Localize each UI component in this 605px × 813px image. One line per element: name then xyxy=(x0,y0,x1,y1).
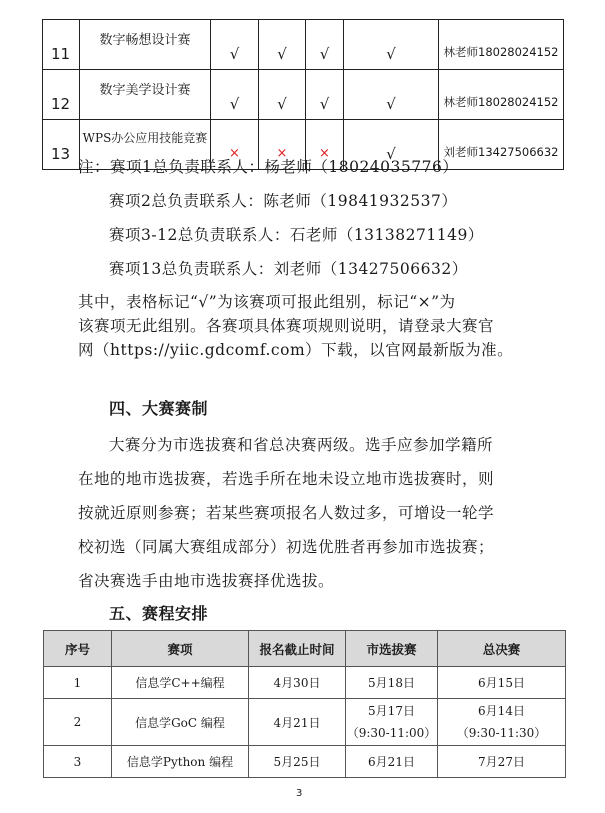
table-row: 3 信息学Python 编程 5月25日 6月21日 7月27日 xyxy=(44,746,566,778)
column-header: 赛项 xyxy=(112,631,249,667)
note-line-1: 注：赛项1总负责联系人：杨老师（18024035776） xyxy=(78,155,458,177)
note-line-2: 赛项2总负责联系人：陈老师（19841932537） xyxy=(109,189,457,211)
note-para-2: 该赛项无此组别。各赛项具体赛项规则说明，请登录大赛官 xyxy=(78,314,494,336)
check-mark: √ xyxy=(344,20,439,70)
city-round: 6月21日 xyxy=(346,746,438,778)
section-4-line: 省决赛选手由地市选拔赛择优选拔。 xyxy=(78,569,334,591)
final-round-time: （9:30-11:30） xyxy=(438,722,565,744)
section-4-line: 校初选（同属大赛组成部分）初选优胜者再参加市选拔赛； xyxy=(78,535,494,557)
column-header: 市选拔赛 xyxy=(346,631,438,667)
section-4-line: 按就近原则参赛；若某些赛项报名人数过多，可增设一轮学 xyxy=(78,501,494,523)
contact: 林老师18028024152 xyxy=(439,20,564,70)
row-number: 1 xyxy=(44,667,112,699)
deadline: 5月25日 xyxy=(249,746,346,778)
table-header-row: 序号 赛项 报名截止时间 市选拔赛 总决赛 xyxy=(44,631,566,667)
event-name: 数字美学设计赛 xyxy=(80,70,211,120)
section-4-line: 在地的地市选拔赛，若选手所在地未设立地市选拔赛时，则 xyxy=(78,467,494,489)
note-line-3: 赛项3-12总负责联系人：石老师（13138271149） xyxy=(109,223,484,245)
check-mark: √ xyxy=(344,70,439,120)
schedule-table: 序号 赛项 报名截止时间 市选拔赛 总决赛 1 信息学C++编程 4月30日 5… xyxy=(43,630,566,778)
row-number: 13 xyxy=(43,120,80,170)
check-mark: √ xyxy=(259,20,306,70)
note-para-1: 其中，表格标记“√”为该赛项可报此组别，标记“×”为 xyxy=(78,290,456,312)
table-row: 1 信息学C++编程 4月30日 5月18日 6月15日 xyxy=(44,667,566,699)
table-row: 12 数字美学设计赛 √ √ √ √ 林老师18028024152 xyxy=(43,70,564,120)
check-mark: √ xyxy=(306,70,344,120)
section-4-line: 大赛分为市选拔赛和省总决赛两级。选手应参加学籍所 xyxy=(109,433,493,455)
city-round: 5月17日 （9:30-11:00） xyxy=(346,699,438,746)
final-round: 7月27日 xyxy=(438,746,566,778)
column-header: 序号 xyxy=(44,631,112,667)
section-5-heading: 五、赛程安排 xyxy=(109,601,208,624)
row-number: 3 xyxy=(44,746,112,778)
contact: 林老师18028024152 xyxy=(439,70,564,120)
row-number: 11 xyxy=(43,20,80,70)
note-para-3: 网（https://yiic.gdcomf.com）下载，以官网最新版为准。 xyxy=(78,338,513,360)
row-number: 2 xyxy=(44,699,112,746)
event-name: 信息学C++编程 xyxy=(112,667,249,699)
final-round: 6月14日 （9:30-11:30） xyxy=(438,699,566,746)
event-name: 数字畅想设计赛 xyxy=(80,20,211,70)
event-name: 信息学Python 编程 xyxy=(112,746,249,778)
page-number: 3 xyxy=(296,788,302,799)
row-number: 12 xyxy=(43,70,80,120)
city-round: 5月18日 xyxy=(346,667,438,699)
column-header: 总决赛 xyxy=(438,631,566,667)
check-mark: √ xyxy=(211,20,259,70)
check-mark: √ xyxy=(259,70,306,120)
city-round-time: （9:30-11:00） xyxy=(346,722,437,744)
deadline: 4月21日 xyxy=(249,699,346,746)
final-round-date: 6月14日 xyxy=(438,700,565,722)
competition-groups-table: 11 数字畅想设计赛 √ √ √ √ 林老师18028024152 12 数字美… xyxy=(42,19,564,170)
check-mark: √ xyxy=(306,20,344,70)
note-line-4: 赛项13总负责联系人：刘老师（13427506632） xyxy=(109,257,468,279)
city-round-date: 5月17日 xyxy=(346,700,437,722)
section-4-heading: 四、大赛赛制 xyxy=(109,396,208,419)
table-row: 11 数字畅想设计赛 √ √ √ √ 林老师18028024152 xyxy=(43,20,564,70)
final-round: 6月15日 xyxy=(438,667,566,699)
check-mark: √ xyxy=(211,70,259,120)
deadline: 4月30日 xyxy=(249,667,346,699)
column-header: 报名截止时间 xyxy=(249,631,346,667)
table-row: 2 信息学GoC 编程 4月21日 5月17日 （9:30-11:00） 6月1… xyxy=(44,699,566,746)
event-name: 信息学GoC 编程 xyxy=(112,699,249,746)
